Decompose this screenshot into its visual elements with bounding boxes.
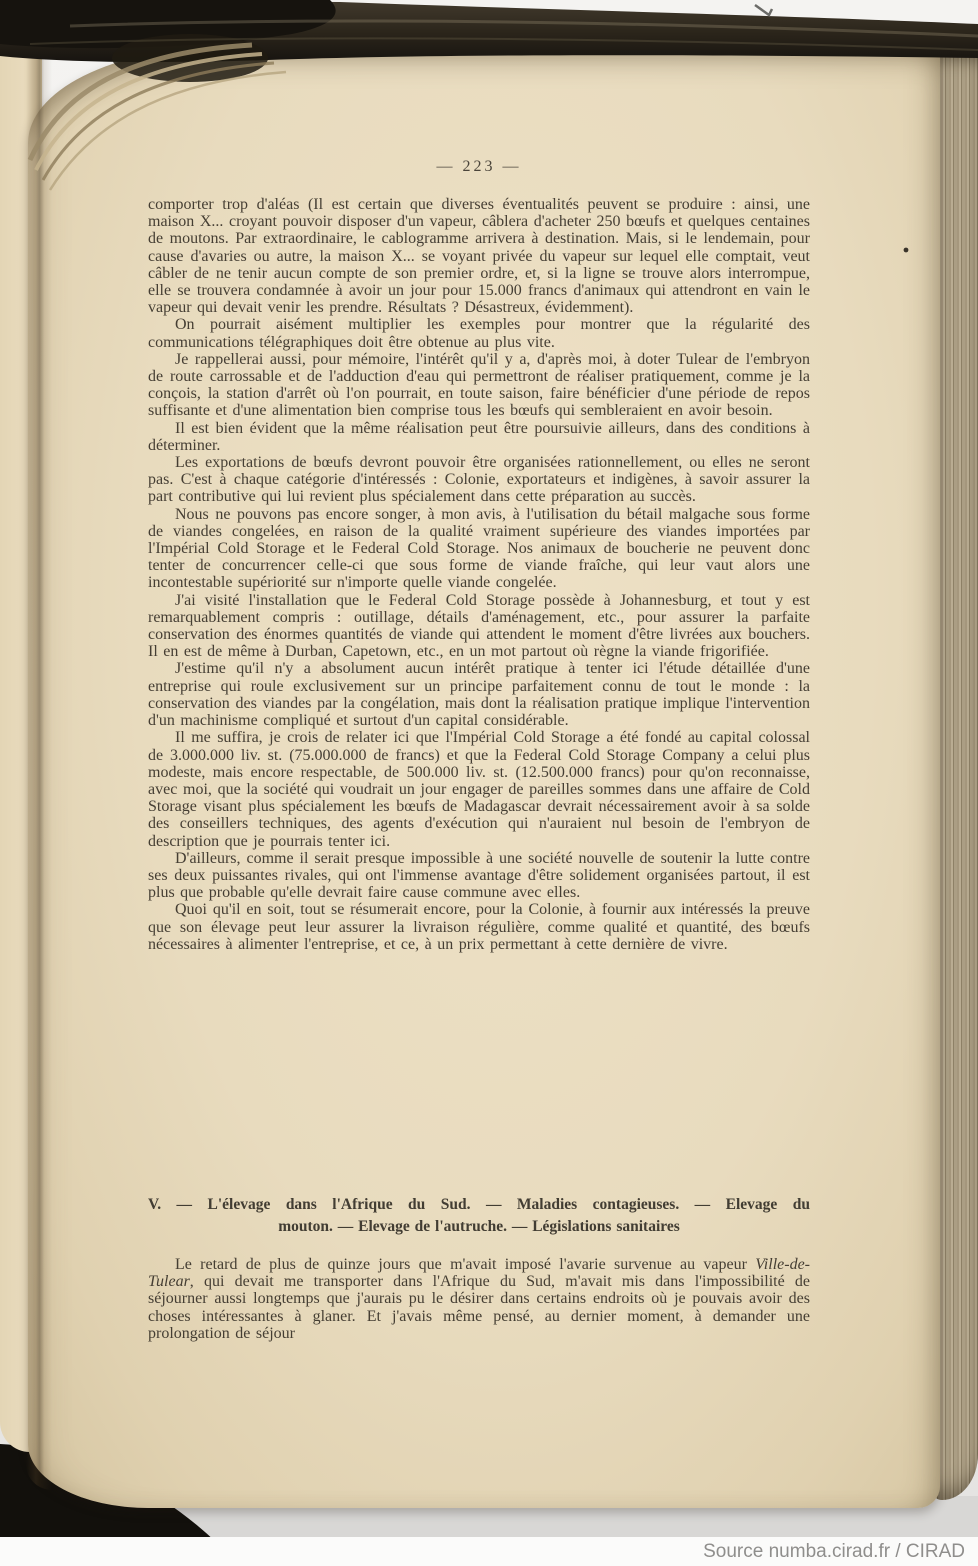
paragraph: Quoi qu'il en soit, tout se résumerait e… [148, 901, 810, 953]
paragraph: Nous ne pouvons pas encore songer, à mon… [148, 506, 810, 592]
paragraph: D'ailleurs, comme il serait presque impo… [148, 850, 810, 902]
paragraph: Je rappellerai aussi, pour mémoire, l'in… [148, 351, 810, 420]
section-heading: V. — L'élevage dans l'Afrique du Sud. — … [148, 1194, 810, 1238]
book-top-edge-dark-corner [0, 0, 336, 48]
source-credit-label: Source numba.cirad.fr / CIRAD [703, 1541, 965, 1563]
paragraph: On pourrait aisément multiplier les exem… [148, 316, 810, 350]
source-credit-bar: Source numba.cirad.fr / CIRAD [0, 1537, 978, 1566]
top-edge-streak [70, 21, 978, 36]
page-number: — 223 — [148, 158, 810, 176]
paragraph: comporter trop d'aléas (Il est certain q… [148, 196, 810, 316]
section-heading-line2: mouton. — Elevage de l'autruche. — Légis… [148, 1216, 810, 1238]
paragraph: Les exportations de bœufs devront pouvoi… [148, 454, 810, 506]
gutter-crease-shadow [26, 50, 52, 1490]
paragraph: J'ai visité l'installation que le Federa… [148, 592, 810, 661]
closing-paragraph-block: Le retard de plus de quinze jours que m'… [148, 1256, 810, 1342]
paragraph: Il est bien évident que la même réalisat… [148, 420, 810, 454]
paragraph: Le retard de plus de quinze jours que m'… [148, 1256, 810, 1342]
closing-text-before: Le retard de plus de quinze jours que m'… [175, 1256, 755, 1273]
paragraph: Il me suffira, je crois de relater ici q… [148, 729, 810, 849]
page-body-text: comporter trop d'aléas (Il est certain q… [148, 196, 810, 953]
paragraph: J'estime qu'il n'y a absolument aucun in… [148, 660, 810, 729]
book-scan-photo: — 223 — comporter trop d'aléas (Il est c… [0, 0, 978, 1566]
background-scratch-mark [755, 5, 772, 15]
section-heading-line1: V. — L'élevage dans l'Afrique du Sud. — … [148, 1194, 810, 1216]
closing-text-after: , qui devait me transporter dans l'Afriq… [148, 1273, 810, 1342]
